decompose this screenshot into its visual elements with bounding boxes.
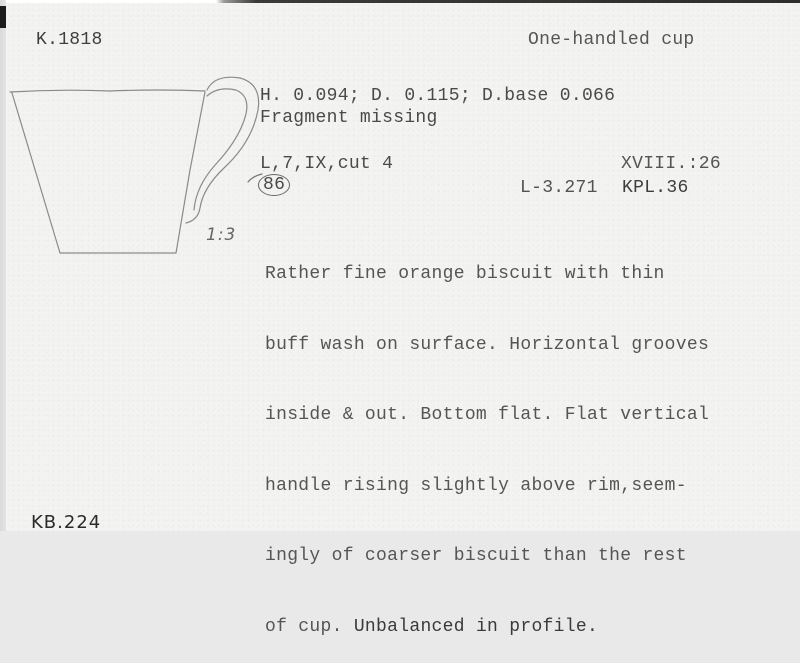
dimensions: H. 0.094; D. 0.115; D.base 0.066 xyxy=(260,84,615,108)
description: Rather fine orange biscuit with thin buf… xyxy=(265,216,709,531)
findspot: L,7,IX,cut 4 xyxy=(260,152,393,176)
cup-left-wall xyxy=(12,93,60,253)
circled-number: 86 xyxy=(258,174,290,196)
inventory-ref-3: KPL.36 xyxy=(622,176,689,200)
condition-note: Fragment missing xyxy=(260,106,438,130)
inventory-ref-2: L-3.271 xyxy=(520,176,598,200)
description-line: inside & out. Bottom flat. Flat vertical xyxy=(265,404,709,428)
box-label: KB.224 xyxy=(31,512,101,531)
drawing-scale: 1:3 xyxy=(206,225,236,245)
cup-rim-line xyxy=(10,90,205,92)
description-line: Rather fine orange biscuit with thin xyxy=(265,263,709,287)
object-type: One-handled cup xyxy=(528,28,695,52)
description-line: handle rising slightly above rim,seem- xyxy=(265,475,709,499)
description-line: buff wash on surface. Horizontal grooves xyxy=(265,334,709,358)
cup-right-wall xyxy=(176,92,205,253)
inventory-ref-1: XVIII.:26 xyxy=(621,152,721,176)
cup-handle-outer xyxy=(186,77,259,223)
catalog-number: K.1818 xyxy=(36,28,103,52)
